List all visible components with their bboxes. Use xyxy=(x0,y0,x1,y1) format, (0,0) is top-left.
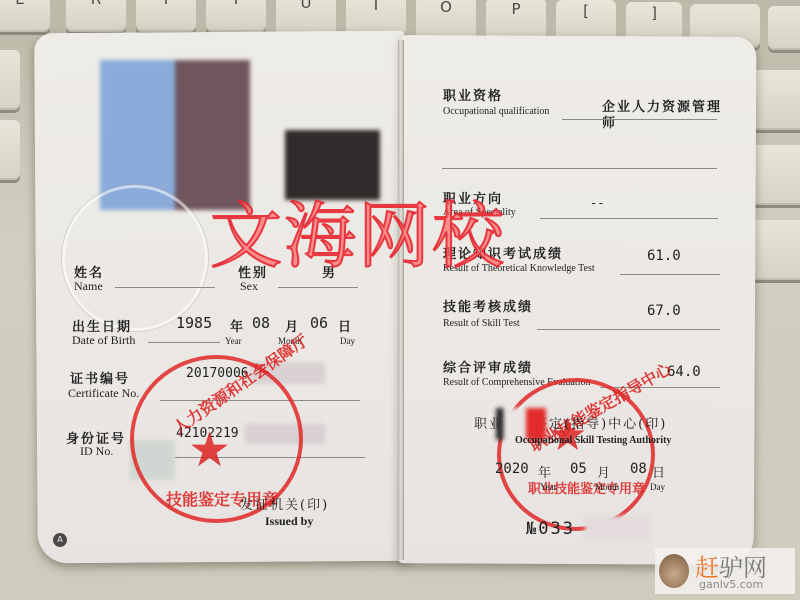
sex-underline xyxy=(278,287,358,288)
dob-underline xyxy=(148,342,220,343)
site-logo: 赶驴网 ganlv5.com xyxy=(655,548,795,594)
id-no-label-en: ID No. xyxy=(80,444,113,459)
skill-label-cn: 技能考核成绩 xyxy=(443,296,533,315)
issued-by-label-en: Issued by xyxy=(265,514,313,529)
sex-label-en: Sex xyxy=(240,279,258,294)
watermark-text: 文海网校 xyxy=(210,200,506,272)
issue-month-en: Month xyxy=(595,482,619,492)
certificate-no-label-en: Certificate No. xyxy=(68,386,139,401)
issue-day-en: Day xyxy=(650,482,665,492)
issue-day-cn: 日 xyxy=(652,462,667,481)
issued-by-label-cn: 发证机关(印) xyxy=(240,494,329,513)
dob-label-en: Date of Birth xyxy=(72,333,135,348)
name-underline xyxy=(115,287,215,288)
theory-underline xyxy=(620,274,720,275)
dob-year-en: Year xyxy=(225,336,242,346)
dob-day-en: Day xyxy=(340,336,355,346)
qualification-label-en: Occupational qualification xyxy=(443,106,549,117)
donkey-mascot-icon xyxy=(659,554,689,588)
serial-number: №033 xyxy=(526,519,575,539)
qr-code-redacted xyxy=(285,130,380,200)
dob-day: 06 xyxy=(310,314,328,332)
dob-month: 08 xyxy=(252,314,270,332)
comprehensive-label-cn: 综合评审成绩 xyxy=(443,357,533,376)
qualification-underline-2 xyxy=(442,168,717,169)
skill-score: 67.0 xyxy=(647,303,681,319)
qualification-value-line1: 企业人力资源管理 xyxy=(602,96,722,115)
issue-year-en: Year xyxy=(540,482,557,492)
key xyxy=(0,120,20,180)
embossed-seal xyxy=(62,185,208,331)
key xyxy=(0,50,20,110)
issue-month-cn: 月 xyxy=(597,462,612,481)
dob-day-cn: 日 xyxy=(338,316,353,335)
certificate-no-label-cn: 证书编号 xyxy=(70,368,130,387)
left-stamp-star-icon: ★ xyxy=(188,422,231,478)
skill-underline xyxy=(537,329,720,330)
qualification-value-line2: 师 xyxy=(602,112,617,131)
logo-domain: ganlv5.com xyxy=(699,578,763,591)
name-label-en: Name xyxy=(74,279,103,294)
direction-value: -- xyxy=(590,196,604,210)
qualification-label-cn: 职业资格 xyxy=(443,85,503,104)
dob-year: 1985 xyxy=(176,314,212,332)
issue-year: 2020 xyxy=(495,461,529,477)
page-marker-icon: A xyxy=(53,533,67,547)
issue-year-cn: 年 xyxy=(538,462,553,481)
direction-underline xyxy=(540,218,718,219)
issue-day: 08 xyxy=(630,461,647,477)
authority-label-en: Occupational Skill Testing Authority xyxy=(515,435,671,446)
theory-score: 61.0 xyxy=(647,248,681,264)
booklet-spine xyxy=(398,40,404,560)
serial-redacted xyxy=(585,516,650,540)
dob-year-cn: 年 xyxy=(230,316,245,335)
issue-month: 05 xyxy=(570,461,587,477)
skill-label-en: Result of Skill Test xyxy=(443,318,520,329)
qualification-underline xyxy=(562,119,717,120)
